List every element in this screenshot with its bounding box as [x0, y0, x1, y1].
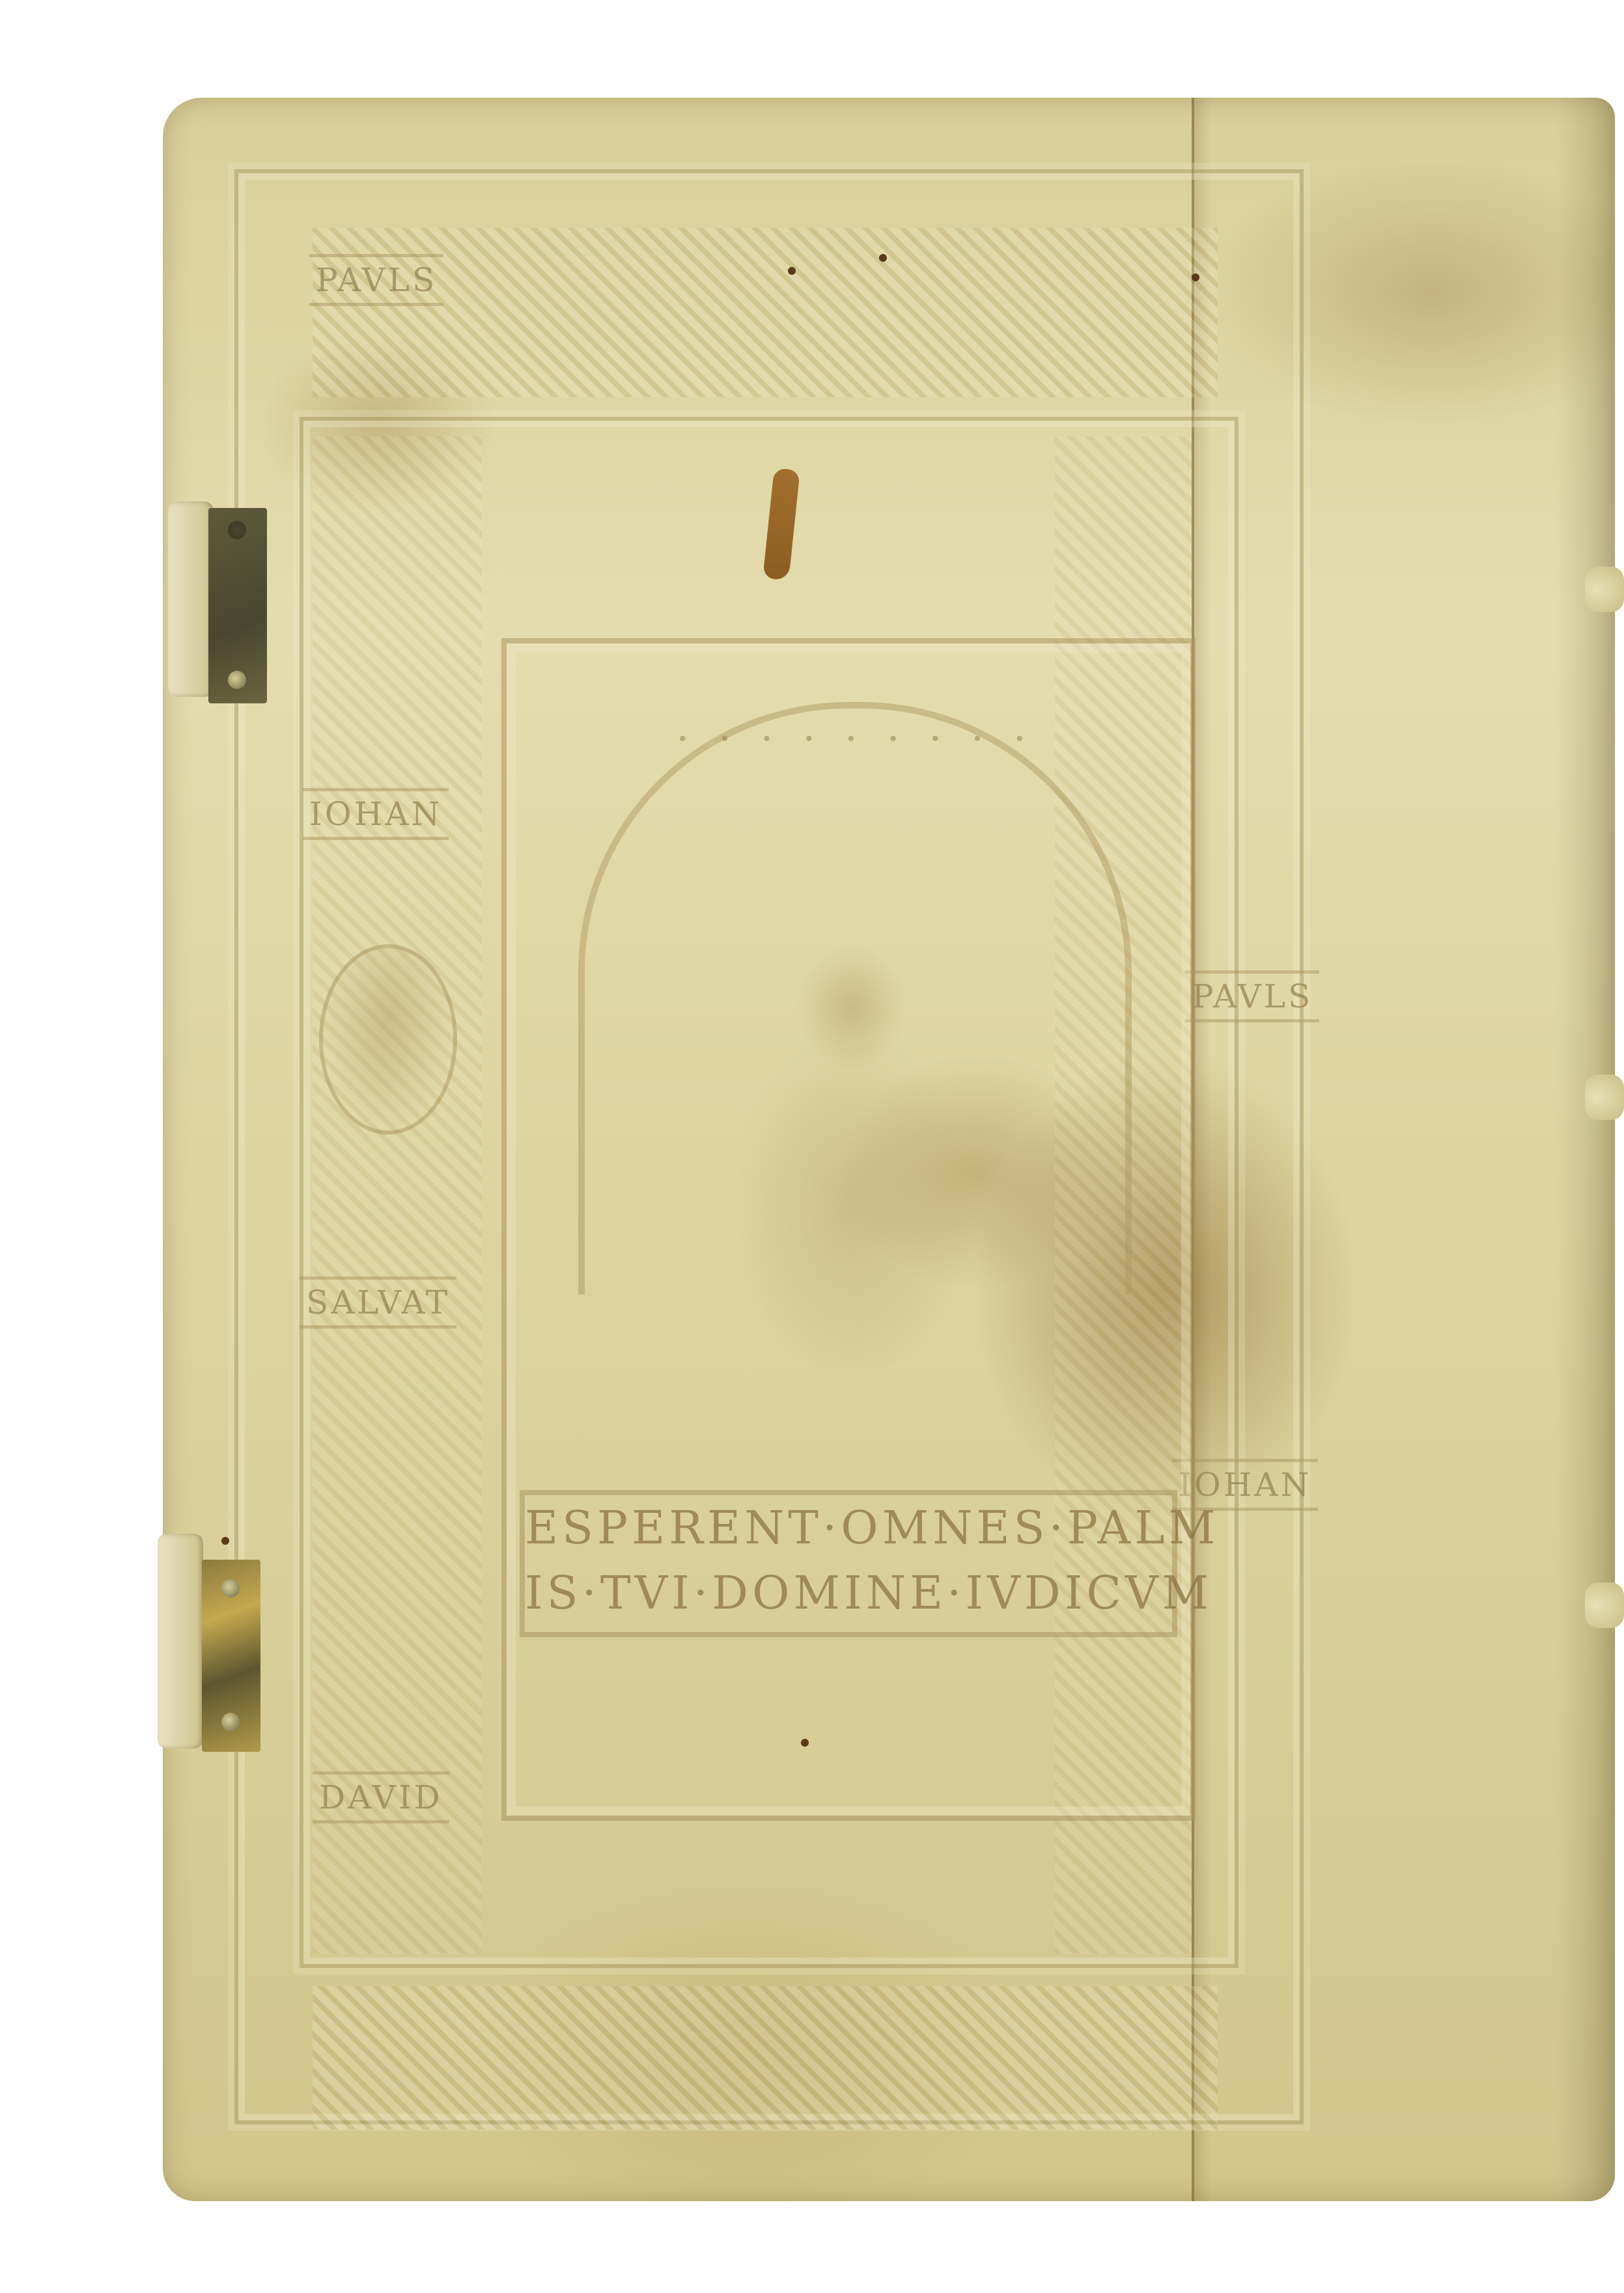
rivet-icon [221, 1579, 240, 1597]
arch-inscription: · · · · · · · · · [585, 715, 1125, 763]
spine-rib [1585, 567, 1624, 612]
label-left-2: SALVAT [300, 1276, 456, 1329]
portrait-medallion [319, 944, 457, 1134]
ink-spot [801, 1739, 809, 1747]
left-ornament-band [313, 436, 482, 1954]
motto-line-2: IS·TVI·DOMINE·IVDICVM [525, 1560, 1172, 1625]
label-right-1: PAVLS [1185, 970, 1319, 1022]
clasp-strap [168, 501, 214, 697]
motto-line-1: ESPERENT·OMNES·PALM [525, 1495, 1172, 1560]
crowned-figure-relief [637, 839, 1060, 1425]
rivet-icon [221, 1713, 240, 1731]
rivet-icon [228, 671, 246, 689]
spine-rib [1585, 1583, 1624, 1628]
label-left-3: DAVID [313, 1771, 449, 1823]
spine-rib [1585, 1075, 1624, 1120]
clasp-plate [208, 508, 267, 703]
rivet-icon [228, 521, 246, 539]
label-left-1: IOHAN [303, 788, 449, 840]
label-top-left: PAVLS [309, 254, 443, 306]
ink-spot [1192, 274, 1199, 281]
clasp-plate [202, 1560, 260, 1752]
clasp-strap [158, 1534, 203, 1749]
ink-spot [879, 254, 887, 262]
central-panel: · · · · · · · · · ESPERENT·OMNES·PALM IS… [501, 638, 1196, 1821]
ink-spot [221, 1537, 229, 1545]
top-ornament-band [313, 228, 1218, 397]
book-cover: PAVLS IOHAN SALVAT DAVID PAVLS IOHAN · ·… [163, 98, 1615, 2201]
motto-cartouche: ESPERENT·OMNES·PALM IS·TVI·DOMINE·IVDICV… [520, 1490, 1177, 1637]
bottom-ornament-band [313, 1986, 1218, 2130]
ink-spot [788, 267, 796, 275]
